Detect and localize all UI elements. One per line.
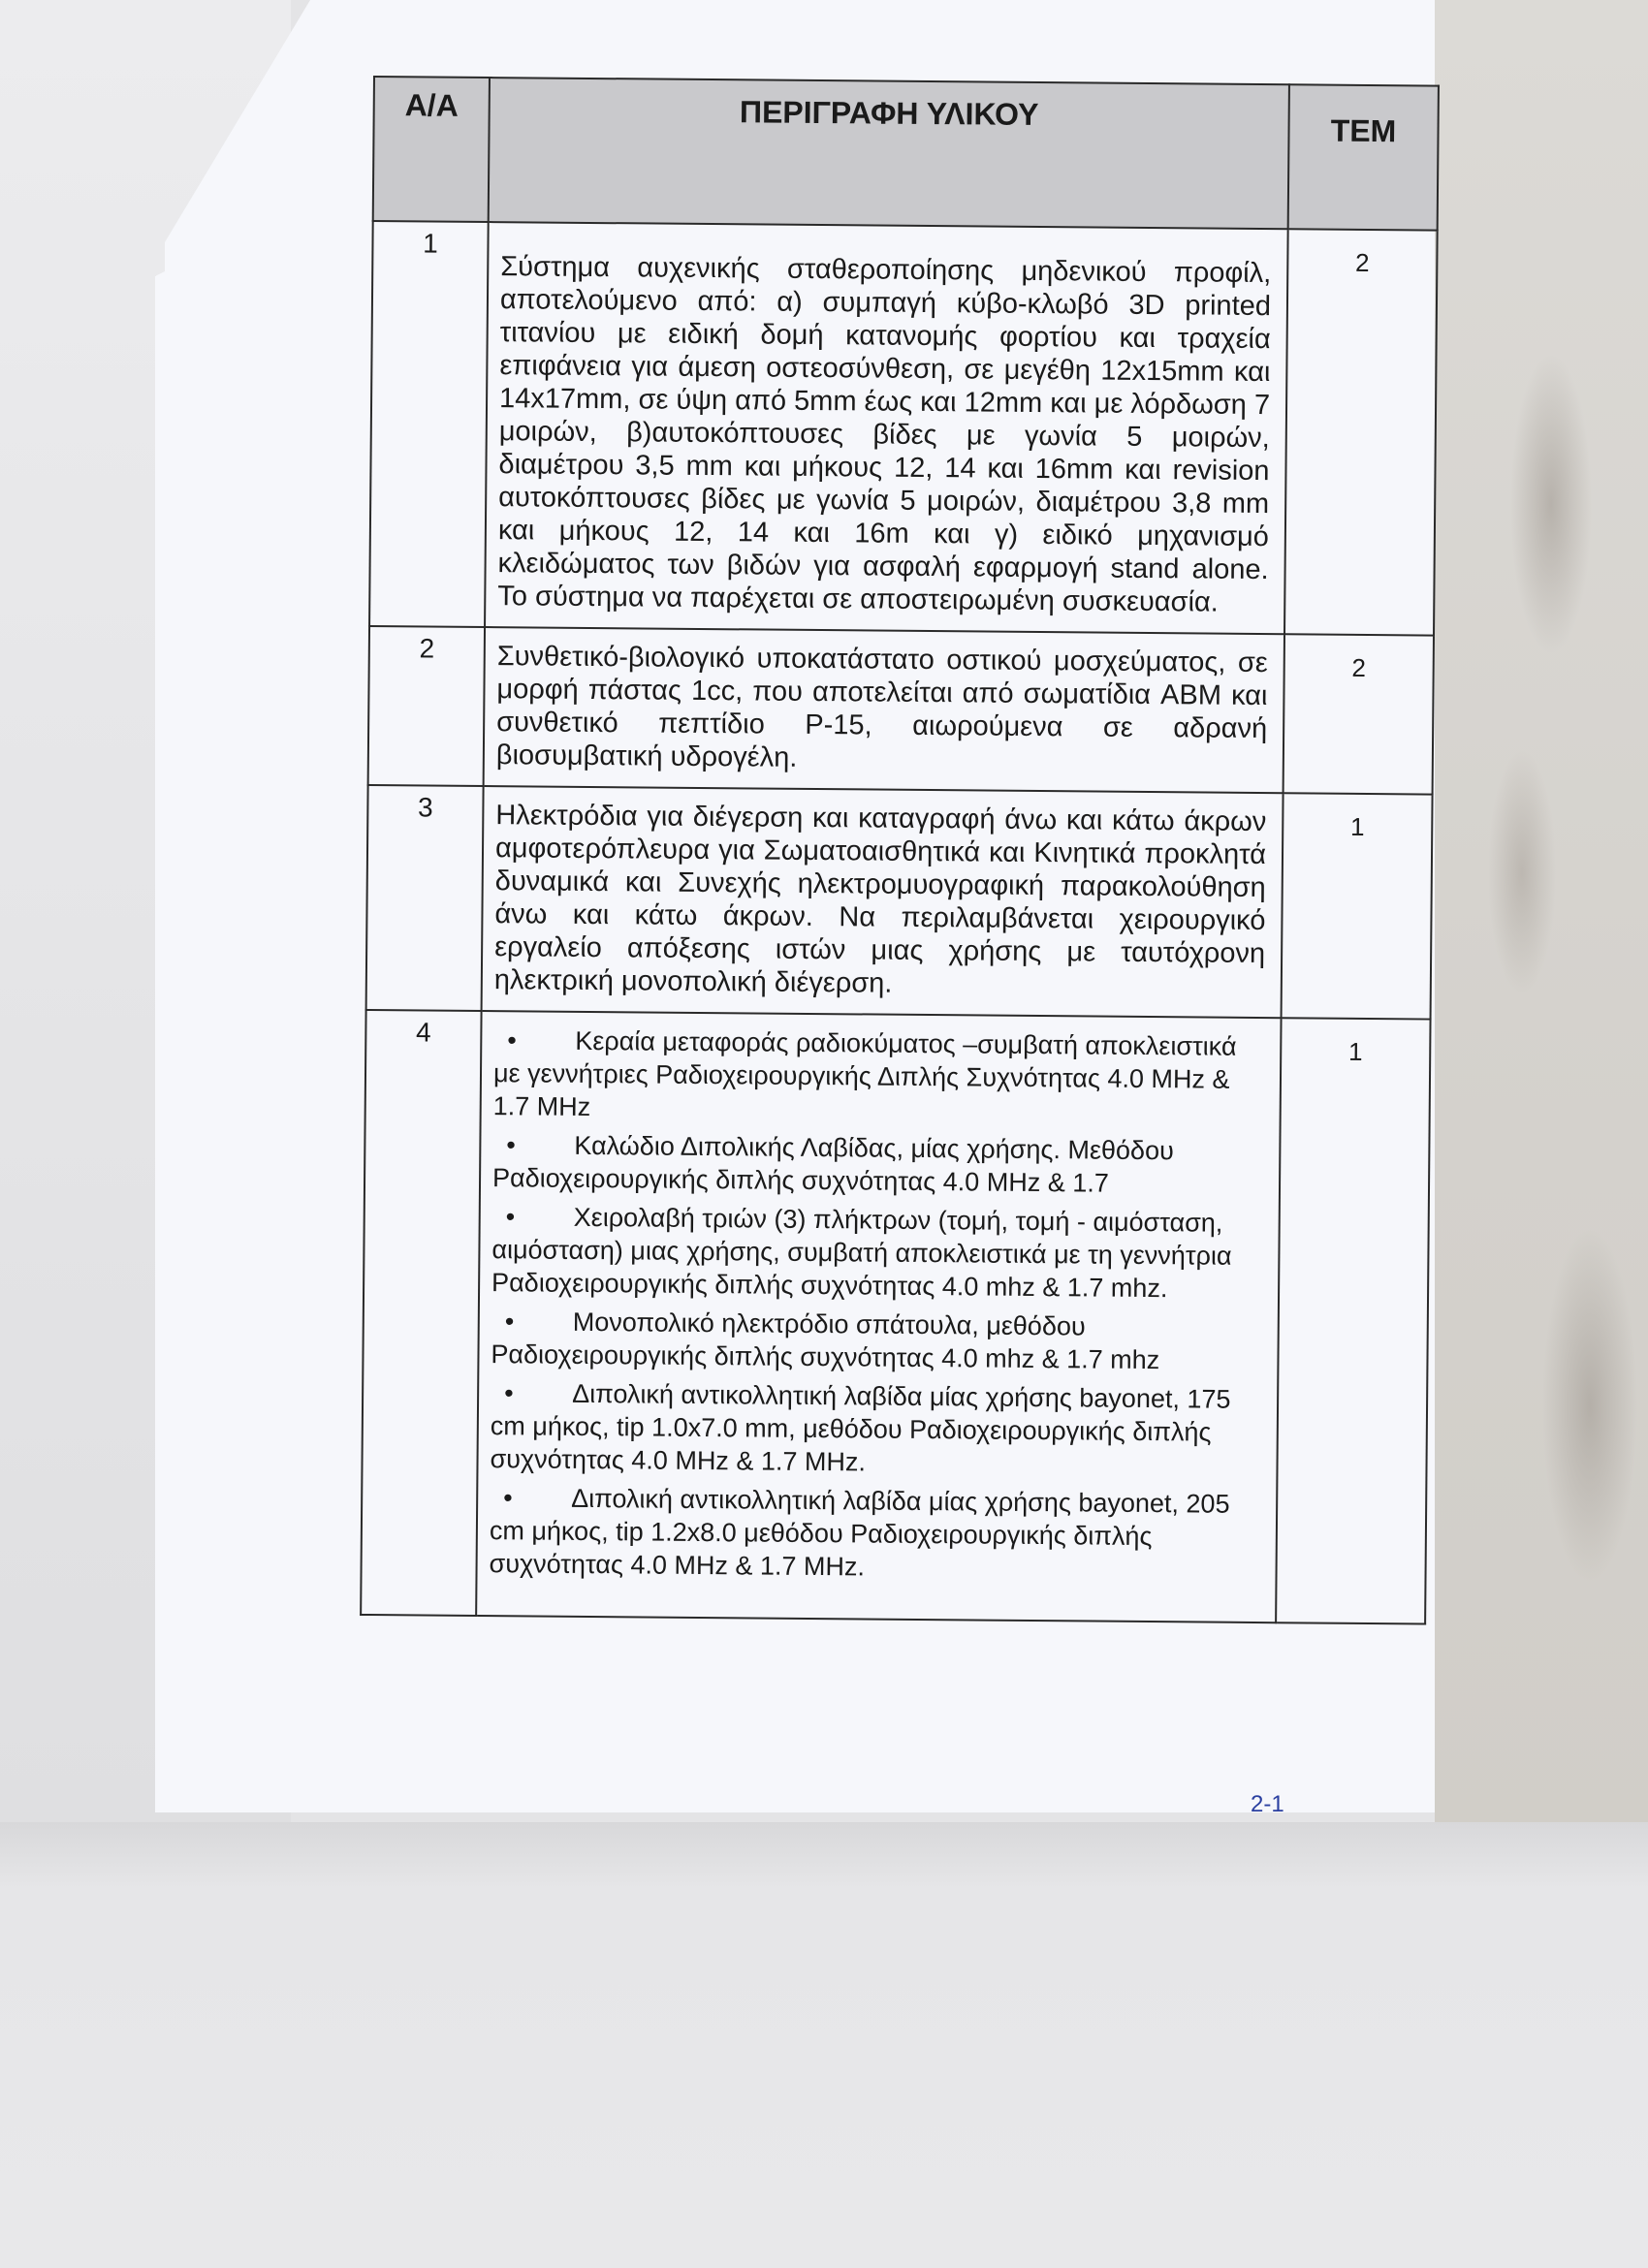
table-row: 4 •Κεραία μεταφοράς ραδιοκύματος –συμβατ… [361, 1010, 1430, 1624]
row-description: Σύστημα αυχενικής σταθεροποίησης μηδενικ… [485, 222, 1288, 634]
handwritten-mark: 2-1 [1251, 1791, 1357, 1820]
component-list: •Κεραία μεταφοράς ραδιοκύματος –συμβατή … [489, 1024, 1264, 1587]
table-header-row: Α/Α ΠΕΡΙΓΡΑΦΗ ΥΛΙΚΟΥ ΤΕΜ [373, 77, 1439, 231]
header-quantity: ΤΕΜ [1288, 84, 1439, 230]
list-item-text: Κεραία μεταφοράς ραδιοκύματος –συμβατή α… [493, 1026, 1237, 1121]
row-description: •Κεραία μεταφοράς ραδιοκύματος –συμβατή … [476, 1011, 1281, 1622]
list-item-text: Μονοπολικό ηλεκτρόδιο σπάτουλα, μεθόδου … [491, 1307, 1159, 1374]
list-item-text: Καλώδιο Διπολικής Λαβίδας, μίας χρήσης. … [492, 1131, 1174, 1198]
bullet-icon: • [491, 1376, 572, 1410]
row-index: 4 [361, 1010, 481, 1616]
list-item: •Χειρολαβή τριών (3) πλήκτρων (τομή, τομ… [491, 1200, 1263, 1306]
bullet-icon: • [492, 1200, 574, 1234]
row-description: Ηλεκτρόδια για διέγερση και καταγραφή άν… [482, 786, 1284, 1018]
list-item-text: Διπολική αντικολλητική λαβίδα μίας χρήση… [489, 1484, 1229, 1582]
document-sheet: Α/Α ΠΕΡΙΓΡΑΦΗ ΥΛΙΚΟΥ ΤΕΜ 1 Σύστημα αυχεν… [360, 76, 1440, 1625]
bullet-icon: • [491, 1305, 573, 1339]
row-index: 1 [369, 221, 489, 627]
list-item: •Διπολική αντικολλητική λαβίδα μίας χρήσ… [489, 1481, 1260, 1587]
header-description: ΠΕΡΙΓΡΑΦΗ ΥΛΙΚΟΥ [489, 78, 1289, 229]
list-item: •Καλώδιο Διπολικής Λαβίδας, μίας χρήσης.… [492, 1128, 1264, 1201]
row-quantity: 2 [1284, 634, 1434, 794]
list-item-text: Διπολική αντικολλητική λαβίδα μίας χρήση… [490, 1379, 1230, 1477]
row-quantity: 2 [1284, 229, 1438, 635]
list-item: •Κεραία μεταφοράς ραδιοκύματος –συμβατή … [493, 1024, 1265, 1129]
row-quantity: 1 [1282, 793, 1433, 1019]
table-row: 2 Συνθετικό-βιολογικό υποκατάστατο οστικ… [368, 626, 1434, 795]
list-item: •Μονοπολικό ηλεκτρόδιο σπάτουλα, μεθόδου… [491, 1305, 1262, 1377]
header-index: Α/Α [373, 77, 490, 222]
table-row: 1 Σύστημα αυχενικής σταθεροποίησης μηδεν… [369, 221, 1438, 636]
scan-background-bottom [0, 1822, 1648, 2268]
row-description: Συνθετικό-βιολογικό υποκατάστατο οστικού… [484, 627, 1284, 793]
bullet-icon: • [490, 1481, 571, 1515]
materials-table: Α/Α ΠΕΡΙΓΡΑΦΗ ΥΛΙΚΟΥ ΤΕΜ 1 Σύστημα αυχεν… [360, 76, 1440, 1625]
list-item: •Διπολική αντικολλητική λαβίδα μίας χρήσ… [490, 1376, 1261, 1482]
bullet-icon: • [493, 1024, 575, 1057]
bullet-icon: • [492, 1128, 574, 1162]
row-quantity: 1 [1276, 1018, 1430, 1623]
row-index: 2 [368, 626, 485, 786]
list-item-text: Χειρολαβή τριών (3) πλήκτρων (τομή, τομή… [491, 1203, 1232, 1303]
row-index: 3 [366, 785, 484, 1011]
table-row: 3 Ηλεκτρόδια για διέγερση και καταγραφή … [366, 785, 1433, 1020]
